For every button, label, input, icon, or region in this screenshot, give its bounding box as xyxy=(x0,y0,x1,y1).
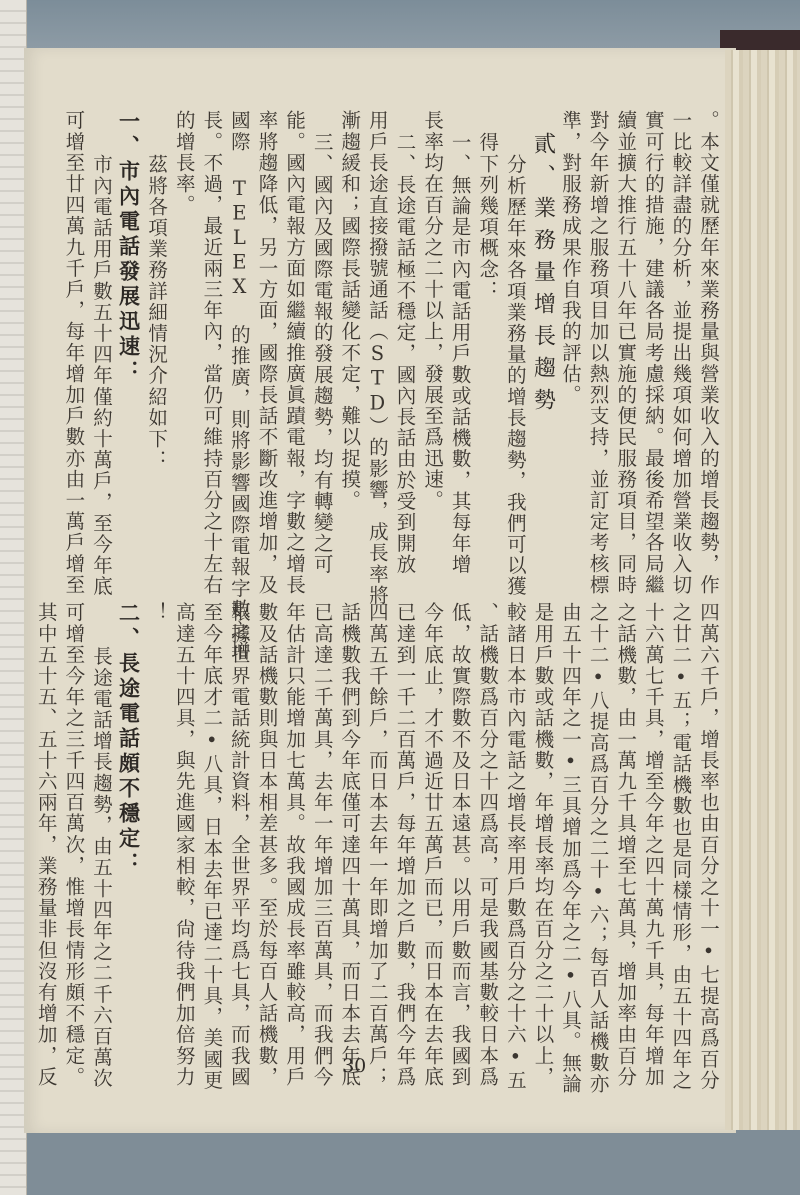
text-column: 數及話機數則與日本相差甚多。至於每百人話機數， xyxy=(253,602,281,1047)
text-column: 四萬五千餘戶，而日本去年一年即增加了二百萬戶； xyxy=(363,602,391,1047)
text-column: 二、長途電話極不穩定，國內長話由於受到開放 xyxy=(391,110,419,590)
book-cover-edge xyxy=(720,30,800,50)
text-column: 能。國內電報方面如繼續推廣眞蹟電報，字數之增長 xyxy=(281,110,309,590)
text-column: 用戶長途直接撥號通話（STD）的影響，成長率將 xyxy=(363,110,391,590)
text-column: 長。不過，最近兩三年內，當仍可維持百分之十左右 xyxy=(198,110,226,590)
facing-page-edge xyxy=(0,0,27,1195)
subsection-heading: 二、長途電話頗不穩定： xyxy=(115,602,143,1047)
text-column: 一比較詳盡的分析，並提出幾項如何增加營業收入切 xyxy=(667,110,695,590)
text-column: 四萬六千戶，增長率也由百分之十一•七提高爲百分 xyxy=(694,602,722,1047)
text-column: 由五十四年之一•三具增加爲今年之二•八具。無論 xyxy=(556,602,584,1047)
text-column: 十六萬七千具，增至今年之四十萬九千具，每年增加 xyxy=(639,602,667,1047)
text-column: 一、無論是市內電話用戶數或話機數，其每年增 xyxy=(446,110,474,590)
text-column: 漸趨緩和；國際長話變化不定，難以捉摸。 xyxy=(336,110,364,590)
text-column: 之廿二•五；電話機數也是同樣情形，由五十四年之 xyxy=(667,602,695,1047)
text-column: 是用戶數或話機數，年增長率均在百分之二十以上， xyxy=(529,602,557,1047)
text-column: 的增長率。 xyxy=(170,110,198,590)
text-column: 年估計只能增加七萬具。故我國成長率雖較高，用戶 xyxy=(281,602,309,1047)
section-heading: 貳、業務量增長趨勢 xyxy=(529,110,557,590)
text-column: 茲將各項業務詳細情況介紹如下： xyxy=(143,110,171,590)
text-column: 根據世界電話統計資料，全世界平均爲七具，而我國 xyxy=(225,602,253,1047)
text-column: 實可行的措施，建議各局考慮採納。最後希望各局繼 xyxy=(639,110,667,590)
text-column: 。本文僅就歷年來業務量與營業收入的增長趨勢，作 xyxy=(694,110,722,590)
text-column: 國際 TELEX 的推廣，則將影響國際電報字數之增 xyxy=(225,110,253,590)
text-column: 長率均在百分之二十以上，發展至爲迅速。 xyxy=(418,110,446,590)
text-column: 今年底止，才不過近廿五萬戶而已，而日本在去年底 xyxy=(418,602,446,1047)
text-column: 、話機數爲百分之十四爲高，可是我國基數較日本爲 xyxy=(474,602,502,1047)
text-column: 已高達二千萬具，去年一年增加三百萬具，而我們今 xyxy=(308,602,336,1047)
subsection-heading: 一、市內電話發展迅速： xyxy=(115,110,143,590)
text-column: 三、國內及國際電報的發展趨勢，均有轉變之可 xyxy=(308,110,336,590)
text-column: 之十二•八提高爲百分之二十•六；每百人話機數亦 xyxy=(584,602,612,1047)
text-column: 其中五十五、五十六兩年，業務量非但沒有增加，反 xyxy=(32,602,60,1047)
text-column: 分析歷年來各項業務量的增長趨勢，我們可以獲 xyxy=(501,110,529,590)
text-column: 已達到一千二百萬戶，每年增加之戶數，我們今年爲 xyxy=(391,602,419,1047)
text-column: 準，對服務成果作自我的評估。 xyxy=(556,110,584,590)
page-stack-edge xyxy=(725,50,800,1130)
text-column: 之話機數，由一萬九千具增至七萬具，增加率由百分 xyxy=(612,602,640,1047)
text-column: 長途電話增長趨勢，由五十四年之二千六百萬次 xyxy=(87,602,115,1047)
text-column: 續並擴大推行五十八年已實施的便民服務項目，同時 xyxy=(612,110,640,590)
text-column: 率將趨降低，另一方面，國際長話不斷改進增加，及 xyxy=(253,110,281,590)
text-band-upper: 。本文僅就歷年來業務量與營業收入的增長趨勢，作 一比較詳盡的分析，並提出幾項如何… xyxy=(60,110,722,590)
background-bottom xyxy=(0,1130,800,1195)
text-column: ！ xyxy=(143,602,171,1047)
text-column: 得下列幾項概念： xyxy=(474,110,502,590)
text-band-lower: 四萬六千戶，增長率也由百分之十一•七提高爲百分 之廿二•五；電話機數也是同樣情形… xyxy=(32,602,722,1047)
text-column: 高達五十四具，與先進國家相較，尙待我們加倍努力 xyxy=(170,602,198,1047)
text-column: 低，故實際數不及日本遠甚。以用戶數而言，我國到 xyxy=(446,602,474,1047)
text-column: 市內電話用戶數五十四年僅約十萬戶，至今年底 xyxy=(87,110,115,590)
text-column: 至今年底才二•八具，日本去年已達二十具，美國更 xyxy=(198,602,226,1047)
background-top xyxy=(0,0,800,48)
text-column: 可增至今年之三千四百萬次，惟增長情形頗不穩定。 xyxy=(60,602,88,1047)
text-column: 對今年新增之服務項目加以熱烈支持，並訂定考核標 xyxy=(584,110,612,590)
text-column: 可增至廿四萬九千戶，每年增加戶數亦由一萬戶增至 xyxy=(60,110,88,590)
text-column: 話機數我們到今年底僅可達四十萬具，而日本去年底 xyxy=(336,602,364,1047)
page-number: 30 xyxy=(342,1055,366,1077)
text-column: 較諸日本市內電話之增長率用戶數爲百分之十六•五 xyxy=(501,602,529,1047)
